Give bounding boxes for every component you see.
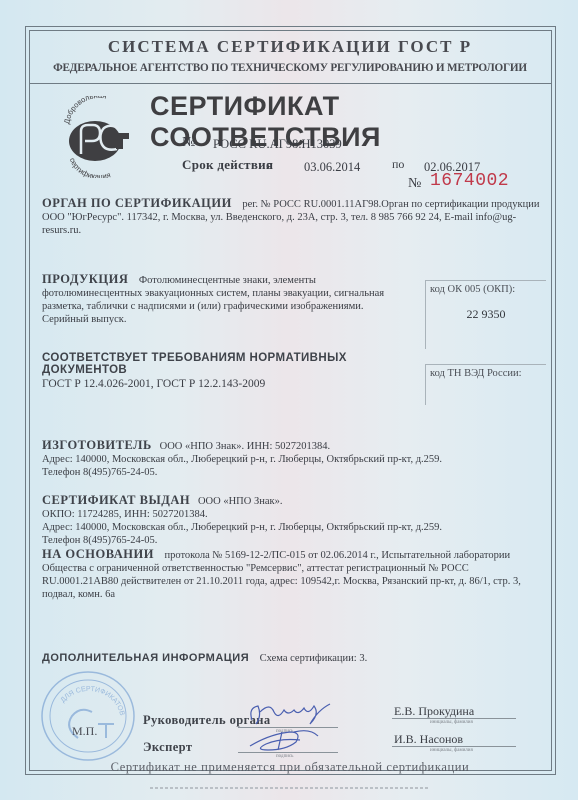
- validity-to-label: по: [392, 157, 404, 172]
- expert-label: Эксперт: [143, 740, 192, 755]
- stamp-place-label: М.П.: [72, 724, 97, 739]
- conformity-label: СООТВЕТСТВУЕТ ТРЕБОВАНИЯМ НОРМАТИВНЫХ ДО…: [42, 352, 422, 376]
- issued-to-name: ООО «НПО Знак».: [198, 496, 283, 507]
- official-stamp-icon: ДЛЯ СЕРТИФИКАТОВ: [38, 668, 138, 763]
- basis-section: НА ОСНОВАНИИ протокола № 5169-12-2/ПС-01…: [42, 548, 547, 601]
- printer-imprint: [150, 787, 430, 789]
- tnved-code-box: код ТН ВЭД России:: [425, 364, 546, 405]
- validity-label: Срок действия: [182, 157, 273, 173]
- product-section: ПРОДУКЦИЯ Фотолюминесцентные знаки, элем…: [42, 273, 397, 326]
- validity-from-label: с: [266, 158, 271, 173]
- certificate-number: РОСС RU.АГ98.Н13039: [213, 137, 342, 152]
- system-title: СИСТЕМА СЕРТИФИКАЦИИ ГОСТ Р: [29, 37, 551, 57]
- okp-code-box: код ОК 005 (ОКП): 22 9350: [425, 280, 546, 349]
- organ-label: ОРГАН ПО СЕРТИФИКАЦИИ: [42, 196, 232, 210]
- header-divider: [29, 83, 551, 84]
- okp-value: 22 9350: [426, 307, 546, 322]
- issued-to-label: СЕРТИФИКАТ ВЫДАН: [42, 493, 190, 507]
- okp-label: код ОК 005 (ОКП):: [430, 284, 515, 295]
- tnved-label: код ТН ВЭД России:: [430, 368, 522, 379]
- issued-to-codes: ОКПО: 11724285, ИНН: 5027201384.: [42, 508, 547, 521]
- svg-text:Добровольная: Добровольная: [63, 96, 107, 125]
- serial-sign: №: [408, 176, 421, 192]
- voluntary-notice: Сертификат не применяется при обязательн…: [29, 760, 551, 775]
- head-name: Е.В. Прокудина: [394, 704, 474, 719]
- conformity-section: СООТВЕТСТВУЕТ ТРЕБОВАНИЯМ НОРМАТИВНЫХ ДО…: [42, 352, 422, 390]
- agency-name: ФЕДЕРАЛЬНОЕ АГЕНТСТВО ПО ТЕХНИЧЕСКОМУ РЕ…: [29, 62, 551, 74]
- basis-label: НА ОСНОВАНИИ: [42, 547, 154, 561]
- manufacturer-label: ИЗГОТОВИТЕЛЬ: [42, 438, 152, 452]
- rst-logo-icon: Добровольная сертификация: [63, 96, 131, 178]
- issued-to-section: СЕРТИФИКАТ ВЫДАН ООО «НПО Знак». ОКПО: 1…: [42, 494, 547, 547]
- additional-text: Схема сертификации: 3.: [260, 653, 368, 664]
- manufacturer-phone: Телефон 8(495)765-24-05.: [42, 466, 547, 479]
- issued-to-address: Адрес: 140000, Московская обл., Люберецк…: [42, 521, 547, 534]
- expert-name: И.В. Насонов: [394, 732, 463, 747]
- number-sign: №: [182, 135, 195, 151]
- handwritten-signature-icon: [240, 698, 340, 756]
- expert-name-caption: инициалы, фамилия: [430, 748, 473, 753]
- conformity-documents: ГОСТ Р 12.4.026-2001, ГОСТ Р 12.2.143-20…: [42, 378, 422, 390]
- issued-to-phone: Телефон 8(495)765-24-05.: [42, 534, 547, 547]
- manufacturer-name: ООО «НПО Знак». ИНН: 5027201384.: [160, 441, 331, 452]
- serial-number: 1674002: [430, 171, 509, 191]
- additional-info-section: ДОПОЛНИТЕЛЬНАЯ ИНФОРМАЦИЯ Схема сертифик…: [42, 652, 547, 665]
- release-type: Серийный выпуск.: [42, 313, 397, 326]
- manufacturer-section: ИЗГОТОВИТЕЛЬ ООО «НПО Знак». ИНН: 502720…: [42, 439, 547, 479]
- additional-label: ДОПОЛНИТЕЛЬНАЯ ИНФОРМАЦИЯ: [42, 652, 249, 664]
- certification-body: ОРГАН ПО СЕРТИФИКАЦИИ рег. № РОСС RU.000…: [42, 197, 542, 237]
- manufacturer-address: Адрес: 140000, Московская обл., Люберецк…: [42, 453, 547, 466]
- product-label: ПРОДУКЦИЯ: [42, 272, 128, 286]
- date-from: 03.06.2014: [304, 160, 360, 175]
- head-name-caption: инициалы, фамилия: [430, 720, 473, 725]
